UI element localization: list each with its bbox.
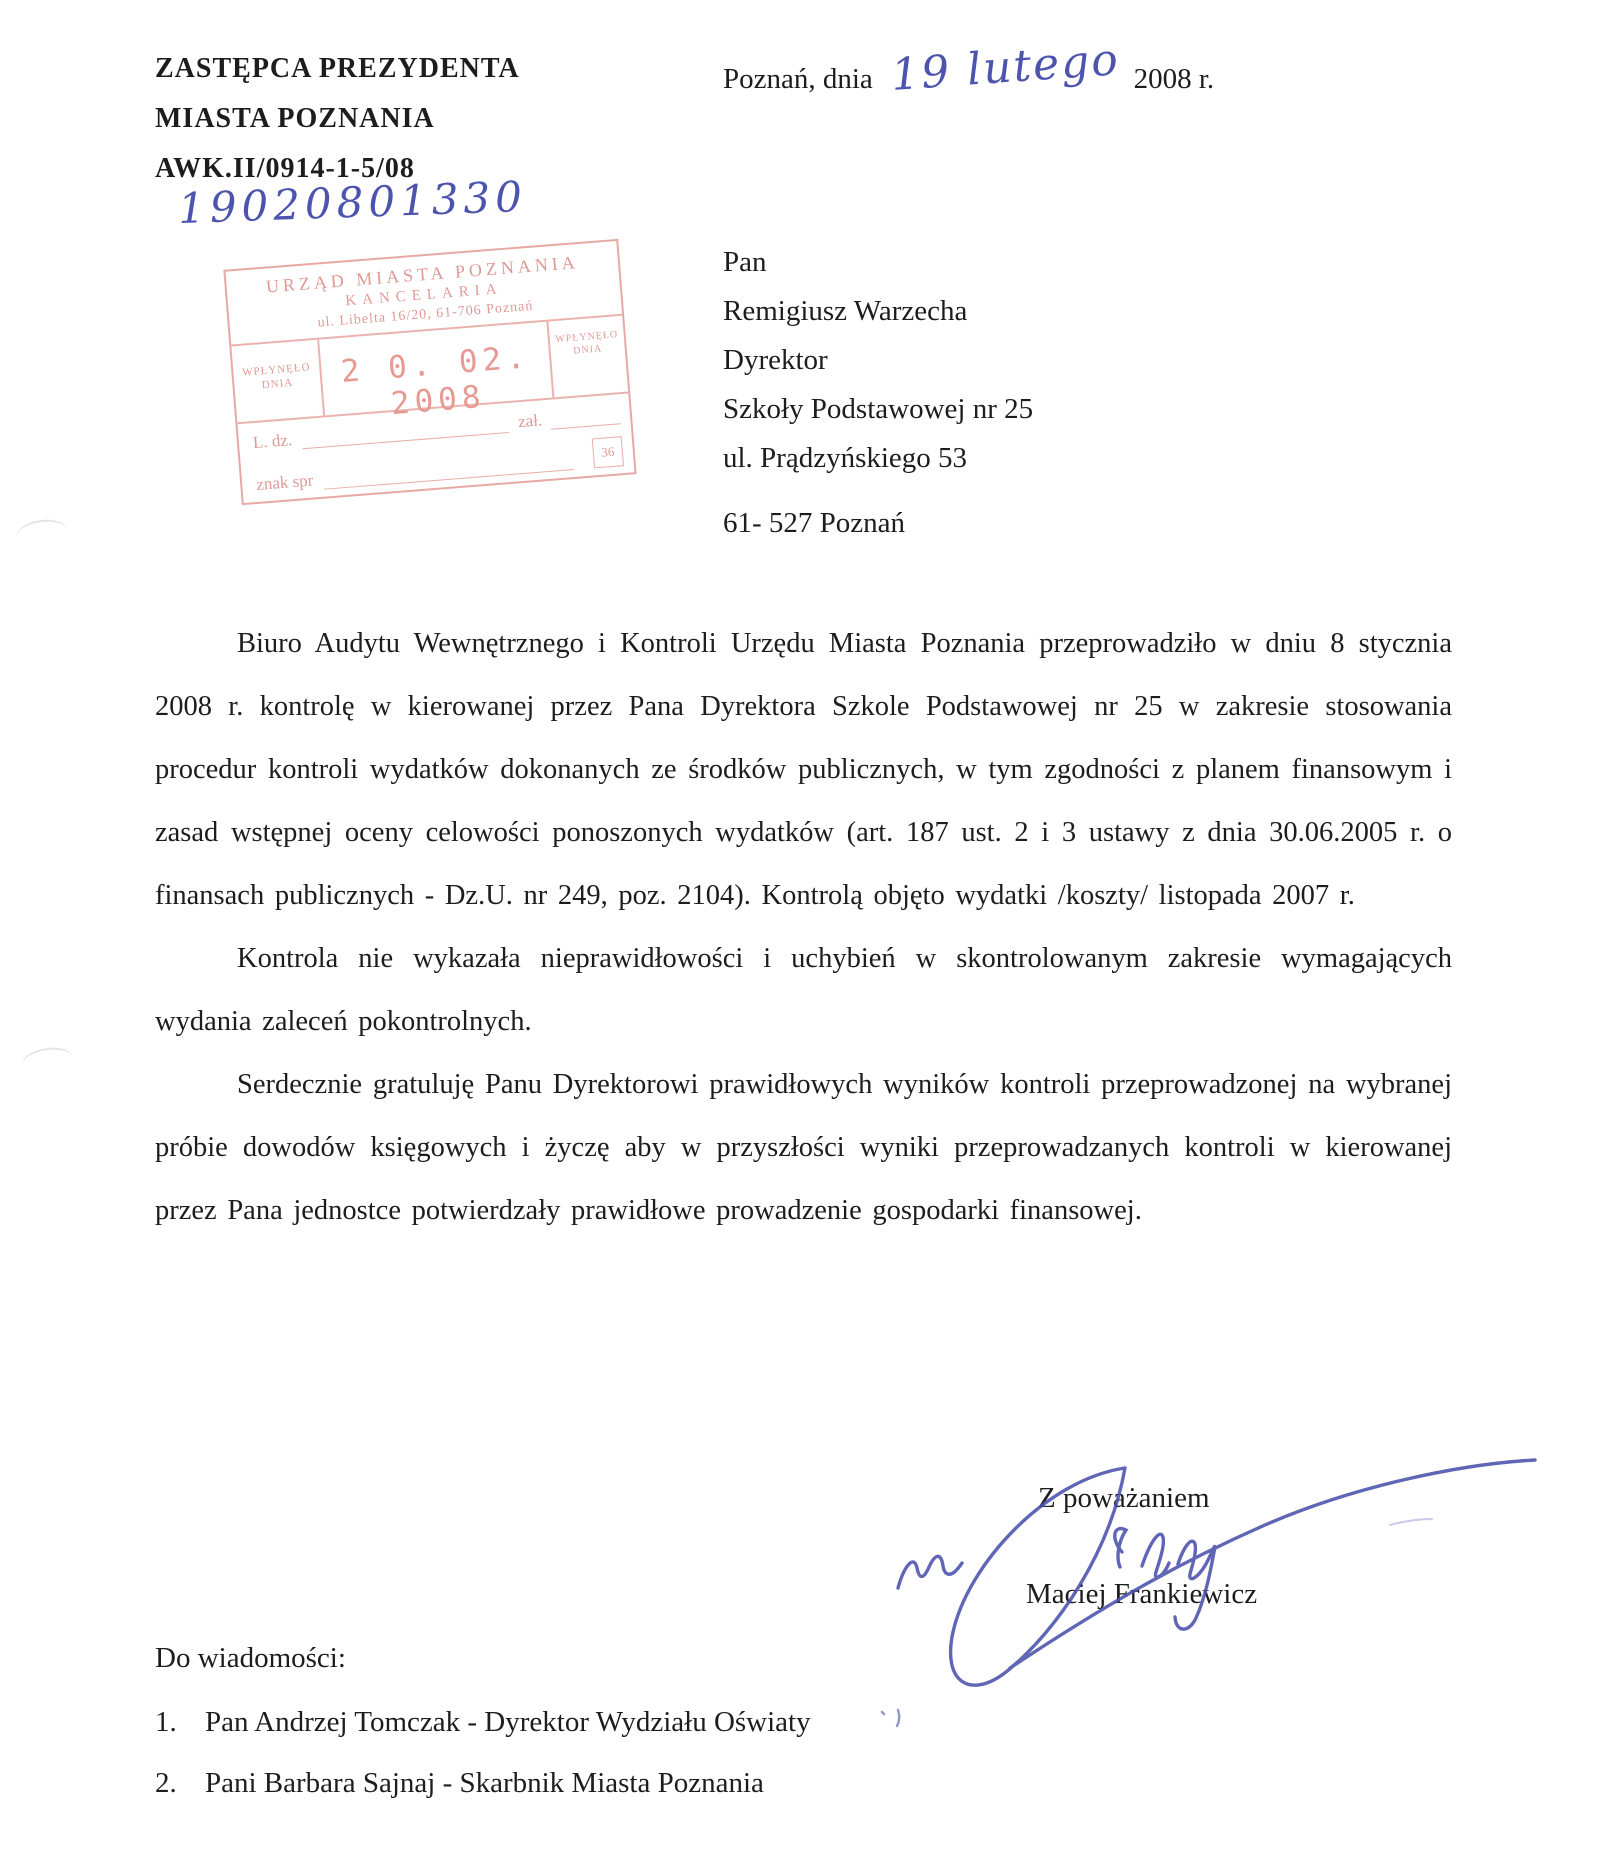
cc-item-1-number: 1.	[155, 1706, 205, 1739]
cc-item-1-text: Pan Andrzej Tomczak - Dyrektor Wydziału …	[205, 1706, 811, 1739]
scanner-artifact-arc-top	[14, 517, 69, 552]
signature-squiggle	[898, 1556, 962, 1588]
stamp-box-number: 36	[592, 436, 624, 468]
recipient-block: Pan Remigiusz Warzecha Dyrektor Szkoły P…	[723, 238, 1033, 548]
stamp-ldz-label: L. dz.	[252, 430, 293, 453]
stamp-znak-label: znak spr	[256, 471, 315, 495]
stamp-zal-label: zał.	[517, 410, 543, 432]
body-paragraph-1: Biuro Audytu Wewnętrznego i Kontroli Urz…	[155, 612, 1452, 927]
letterhead: ZASTĘPCA PREZYDENTA MIASTA POZNANIA AWK.…	[155, 44, 520, 194]
signature-sweep	[1010, 1460, 1535, 1668]
scanner-artifact-arc-bottom	[20, 1045, 75, 1080]
cc-item-1: 1. Pan Andrzej Tomczak - Dyrektor Wydzia…	[155, 1706, 811, 1739]
cc-block: Do wiadomości: 1. Pan Andrzej Tomczak - …	[155, 1638, 811, 1800]
signature-letter-ll	[1142, 1534, 1169, 1577]
body-paragraph-3: Serdecznie gratuluję Panu Dyrektorowi pr…	[155, 1053, 1452, 1242]
stamp-received-label-right: WPŁYNĘŁO DNIA	[546, 316, 628, 398]
signature-letter-c	[1115, 1529, 1126, 1567]
signature-ink-dots	[882, 1710, 899, 1726]
signature-letter-y	[1175, 1541, 1215, 1629]
signature-ink	[860, 1400, 1560, 1730]
letter-page: ZASTĘPCA PREZYDENTA MIASTA POZNANIA AWK.…	[0, 0, 1604, 1876]
recipient-title: Dyrektor	[723, 336, 1033, 385]
signature-loop	[951, 1468, 1125, 1685]
signature-faint-dash	[1390, 1519, 1432, 1525]
stamp-zal-blank	[550, 409, 621, 429]
cc-item-2: 2. Pani Barbara Sajnaj - Skarbnik Miasta…	[155, 1767, 811, 1800]
sender-title-line1: ZASTĘPCA PREZYDENTA	[155, 44, 520, 94]
dateline-prefix: Poznań, dnia	[723, 63, 873, 96]
registry-stamp: URZĄD MIASTA POZNANIA KANCELARIA ul. Lib…	[223, 239, 636, 505]
recipient-institution: Szkoły Podstawowej nr 25	[723, 385, 1033, 434]
letter-body: Biuro Audytu Wewnętrznego i Kontroli Urz…	[155, 612, 1452, 1242]
body-paragraph-2: Kontrola nie wykazała nieprawidłowości i…	[155, 927, 1452, 1053]
sender-title-line2: MIASTA POZNANIA	[155, 94, 520, 144]
recipient-salutation: Pan	[723, 238, 1033, 287]
stamp-ldz-blank	[302, 418, 509, 449]
cc-item-2-number: 2.	[155, 1767, 205, 1800]
cc-item-2-text: Pani Barbara Sajnaj - Skarbnik Miasta Po…	[205, 1767, 764, 1800]
stamp-received-label-left: WPŁYNĘŁO DNIA	[231, 340, 325, 423]
dateline: Poznań, dnia 19 lutego 2008 r.	[723, 48, 1214, 99]
recipient-name: Remigiusz Warzecha	[723, 287, 1033, 336]
cc-heading: Do wiadomości:	[155, 1638, 811, 1678]
handwritten-date: 19 lutego	[889, 34, 1121, 101]
recipient-postal-city: 61- 527 Poznań	[723, 499, 1033, 548]
stamp-znak-blank	[323, 455, 574, 490]
recipient-street: ul. Prądzyńskiego 53	[723, 434, 1033, 483]
dateline-year: 2008 r.	[1134, 63, 1215, 96]
